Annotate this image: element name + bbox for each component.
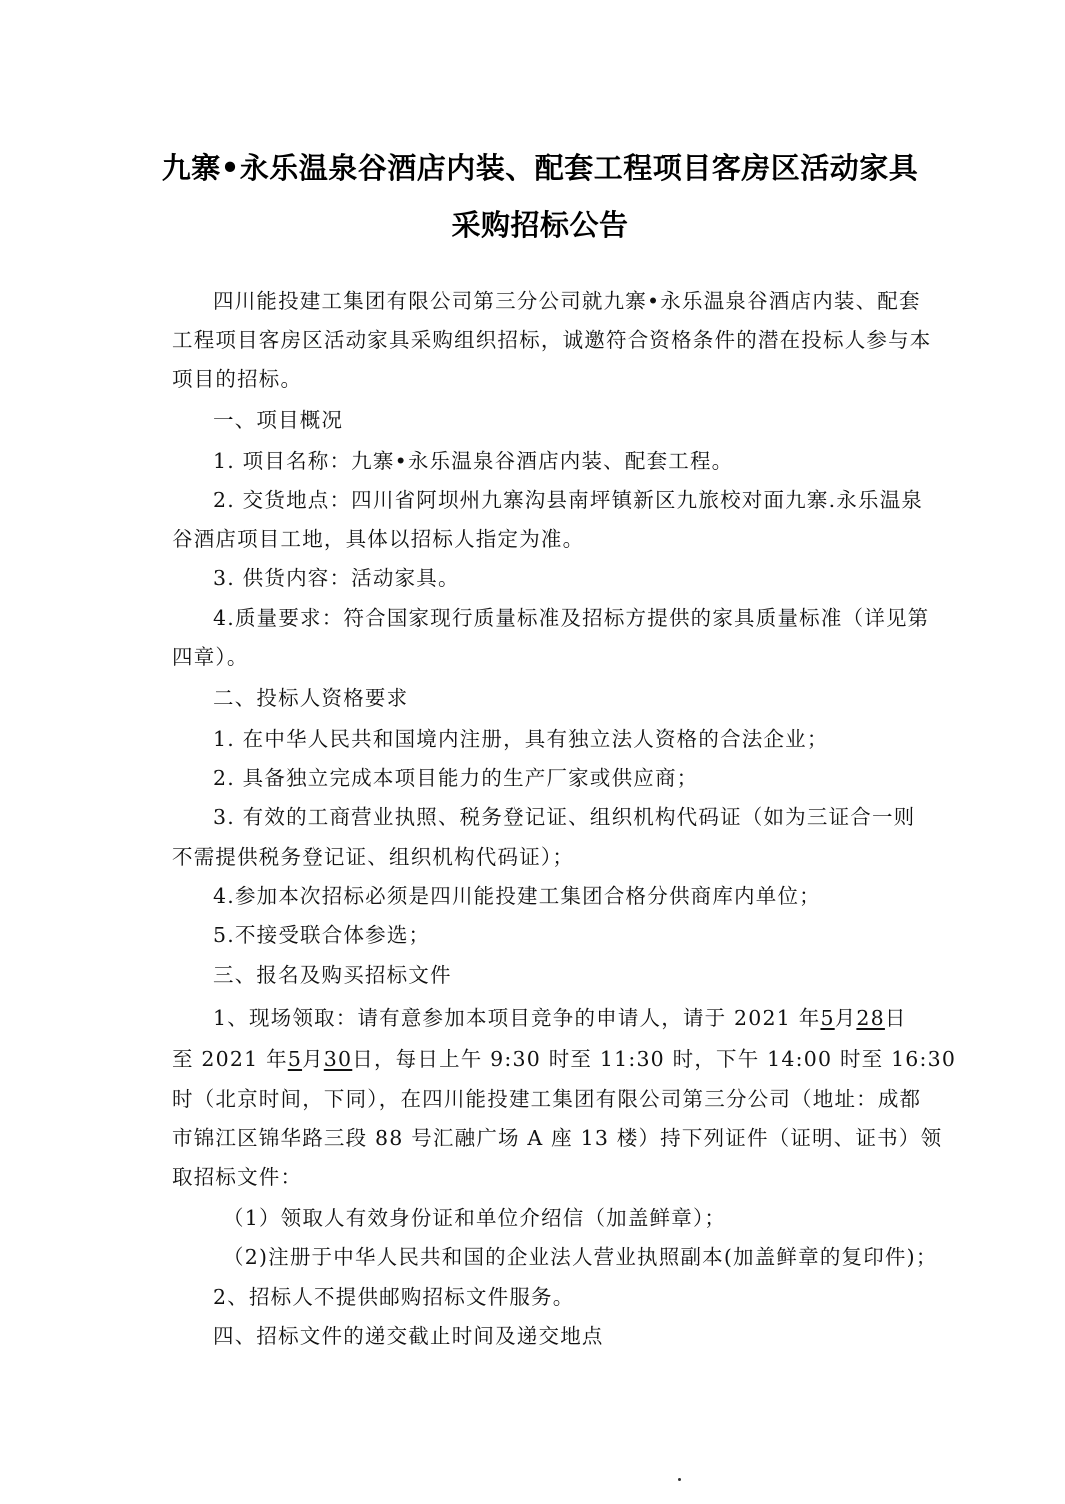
quality-requirement-item: 4.质量要求：符合国家现行质量标准及招标方提供的家具质量标准（详见第 — [213, 603, 953, 633]
onsite-collection-item: 至 2021 年5月30日，每日上午 9:30 时至 11:30 时，下午 14… — [172, 1044, 912, 1074]
onsite-collection-item: 时（北京时间，下同），在四川能投建工集团有限公司第三分公司（地址：成都 — [172, 1084, 912, 1114]
section-heading-4: 四、招标文件的递交截止时间及递交地点 — [213, 1321, 953, 1351]
qualification-item: 5.不接受联合体参选； — [213, 920, 953, 950]
intro-paragraph: 工程项目客房区活动家具采购组织招标，诚邀符合资格条件的潜在投标人参与本 — [172, 325, 912, 355]
onsite-collection-item: 1、现场领取：请有意参加本项目竞争的申请人，请于 2021 年5月28日 — [213, 1003, 953, 1033]
document-title-line2: 采购招标公告 — [160, 203, 920, 244]
delivery-location-item: 2. 交货地点：四川省阿坝州九寨沟县南坪镇新区九旅校对面九寨.永乐温泉 — [213, 485, 953, 515]
qualification-item: 3. 有效的工商营业执照、税务登记证、组织机构代码证（如为三证合一则 — [213, 802, 953, 832]
intro-paragraph: 四川能投建工集团有限公司第三分公司就九寨•永乐温泉谷酒店内装、配套 — [213, 286, 953, 316]
section-heading-1: 一、项目概况 — [213, 405, 953, 435]
start-month: 5 — [820, 1006, 834, 1030]
no-mail-order-item: 2、招标人不提供邮购招标文件服务。 — [213, 1282, 953, 1312]
qualification-item: 不需提供税务登记证、组织机构代码证）； — [172, 842, 912, 872]
qualification-item: 4.参加本次招标必须是四川能投建工集团合格分供商库内单位； — [213, 881, 953, 911]
qualification-item: 1. 在中华人民共和国境内注册，具有独立法人资格的合法企业； — [213, 724, 953, 754]
end-month: 5 — [288, 1047, 302, 1071]
quality-requirement-item: 四章）。 — [172, 642, 912, 672]
section-heading-3: 三、报名及购买招标文件 — [213, 960, 953, 990]
start-day: 28 — [856, 1006, 885, 1030]
document-page: 九寨•永乐温泉谷酒店内装、配套工程项目客房区活动家具 采购招标公告 四川能投建工… — [0, 0, 1065, 1504]
onsite-collection-item: 取招标文件： — [172, 1162, 912, 1192]
onsite-collection-item: 市锦江区锦华路三段 88 号汇融广场 A 座 13 楼）持下列证件（证明、证书）… — [172, 1123, 912, 1153]
required-document-item: （2)注册于中华人民共和国的企业法人营业执照副本(加盖鲜章的复印件)； — [223, 1242, 963, 1272]
section-heading-2: 二、投标人资格要求 — [213, 683, 953, 713]
document-title-line1: 九寨•永乐温泉谷酒店内装、配套工程项目客房区活动家具 — [160, 146, 920, 187]
delivery-location-item: 谷酒店项目工地，具体以招标人指定为准。 — [172, 524, 912, 554]
qualification-item: 2. 具备独立完成本项目能力的生产厂家或供应商； — [213, 763, 953, 793]
end-day: 30 — [324, 1047, 353, 1071]
project-name-item: 1. 项目名称：九寨•永乐温泉谷酒店内装、配套工程。 — [213, 446, 953, 476]
required-document-item: （1）领取人有效身份证和单位介绍信（加盖鲜章）； — [223, 1203, 963, 1233]
scan-artifact-dot — [678, 1478, 681, 1481]
intro-paragraph: 项目的招标。 — [172, 364, 912, 394]
supply-content-item: 3. 供货内容：活动家具。 — [213, 563, 953, 593]
